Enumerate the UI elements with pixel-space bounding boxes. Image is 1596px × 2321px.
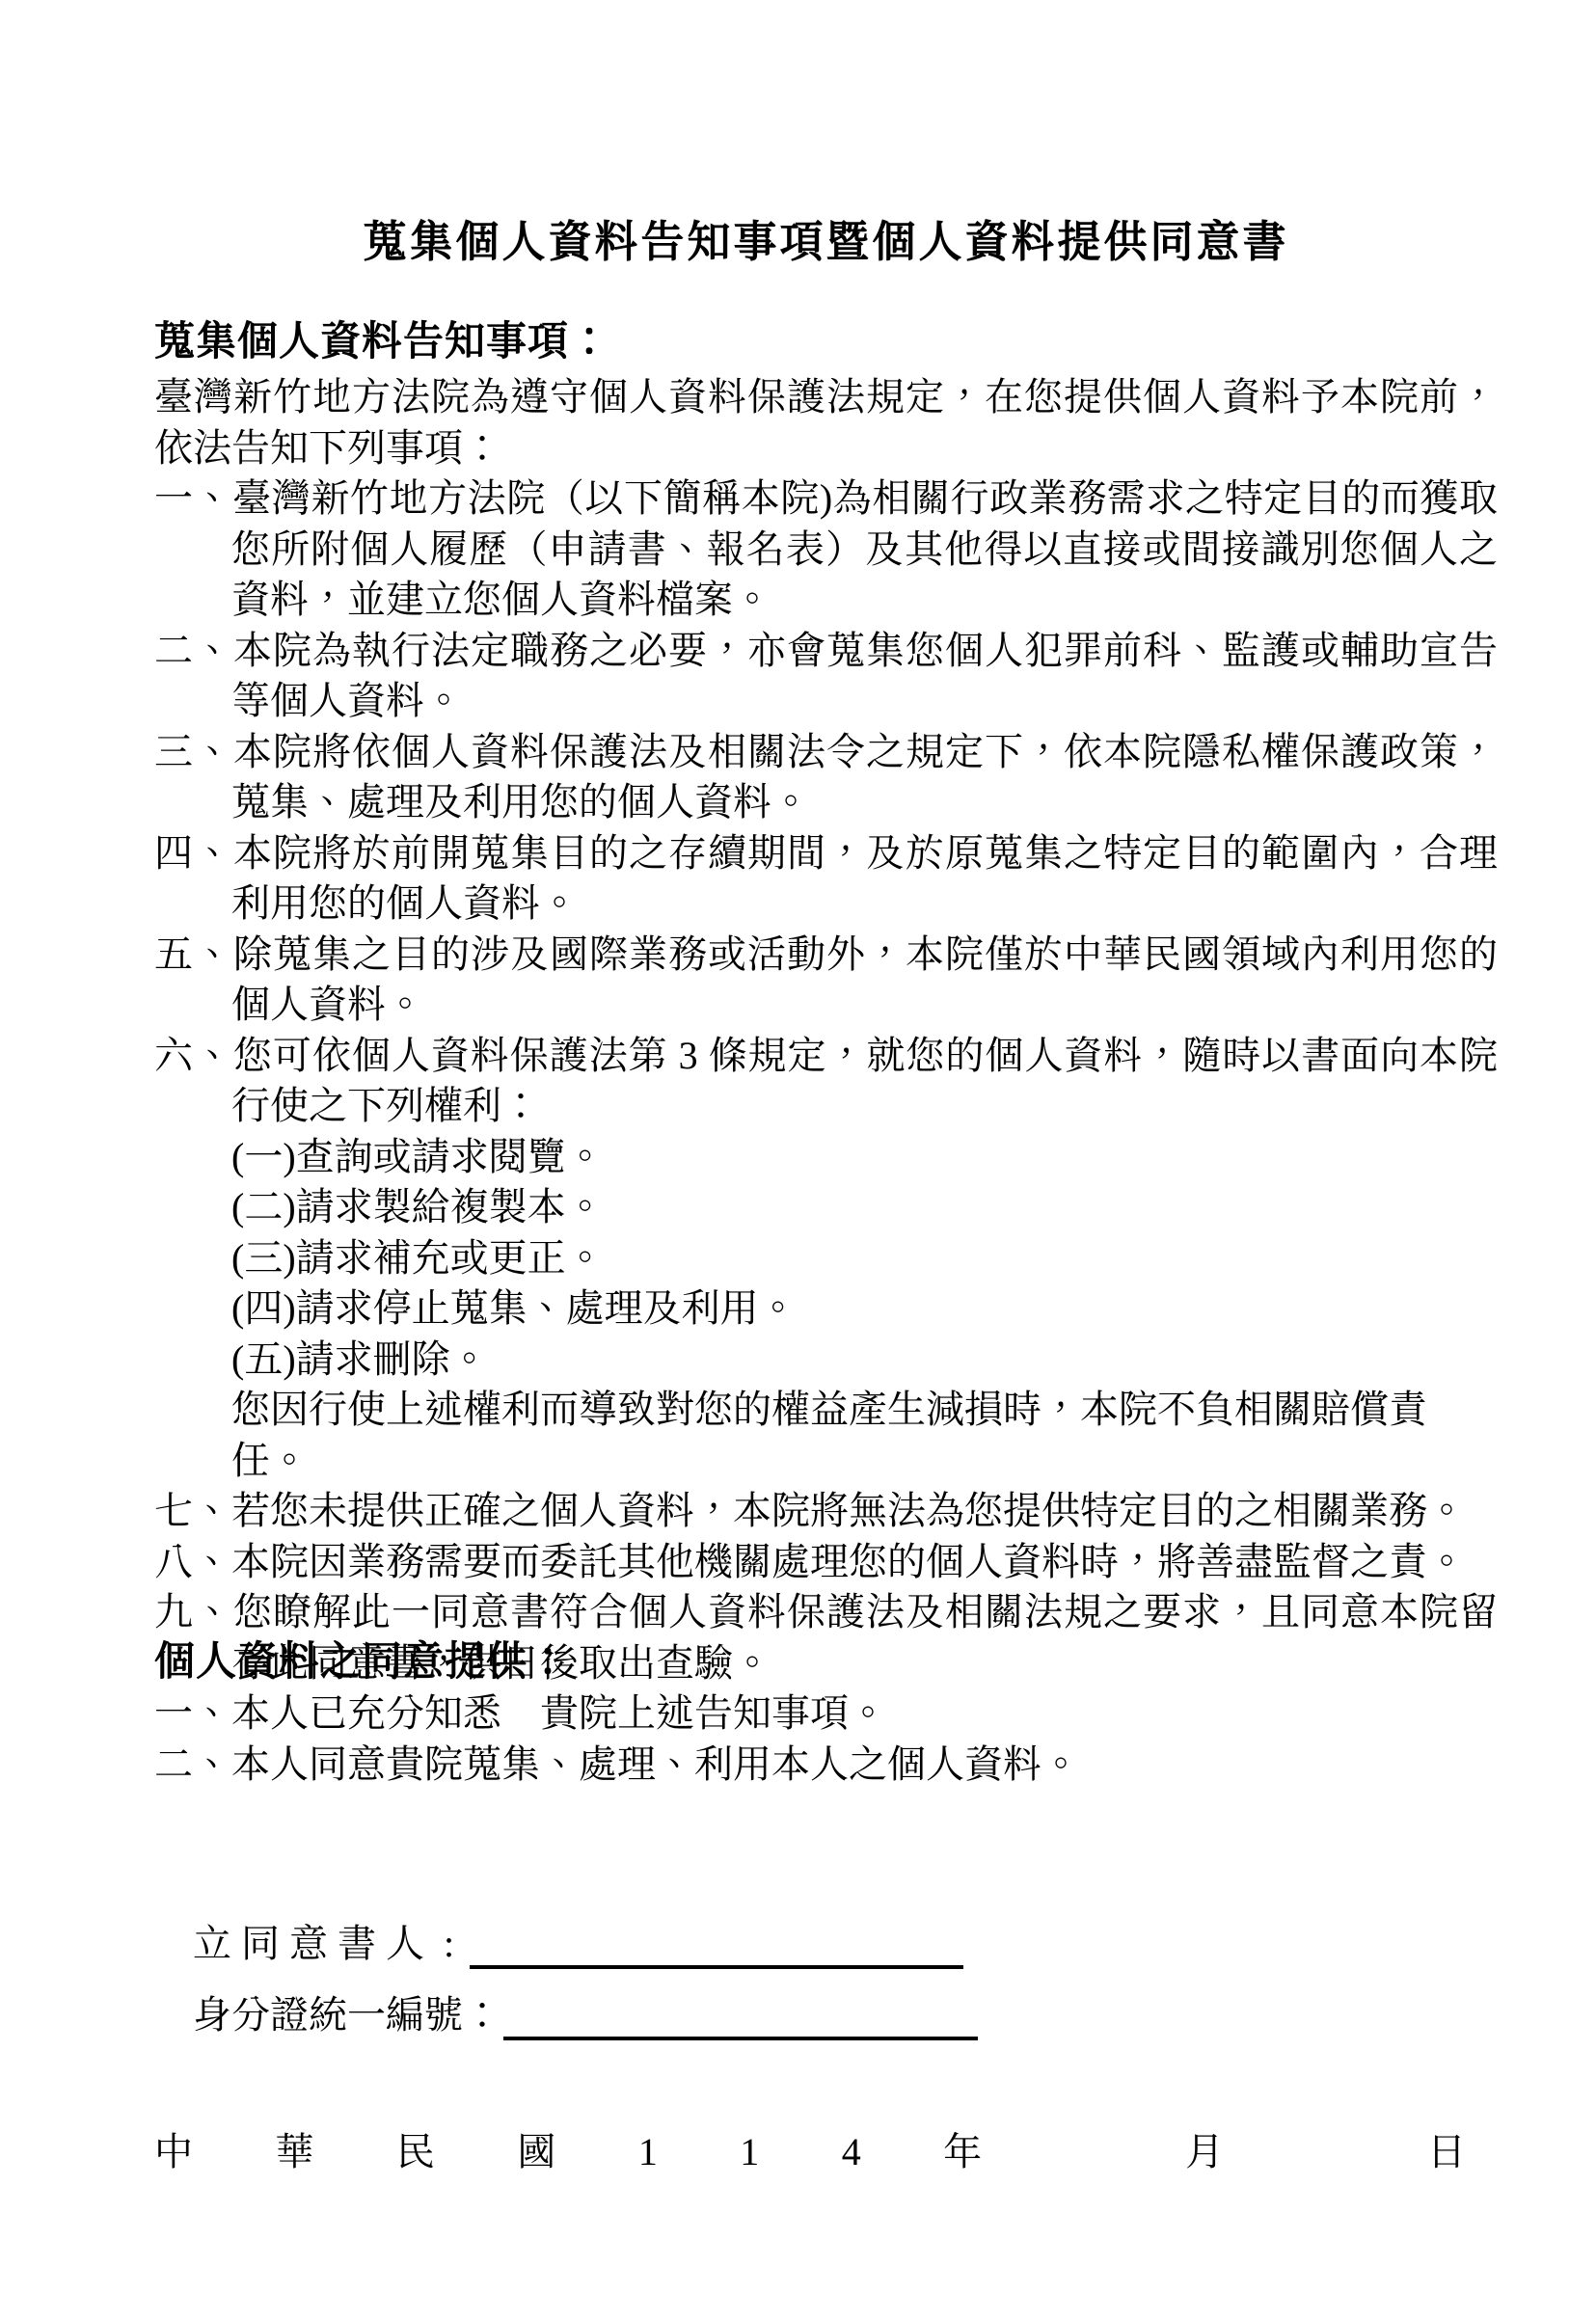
item-number: 二、 [154, 629, 233, 672]
date-token: 中 [154, 2127, 193, 2178]
item-number: 一、 [154, 476, 232, 520]
date-token: 華 [275, 2127, 313, 2178]
sub-item: (一)查詢或請求閱覽。 [231, 1132, 1498, 1183]
list-item: 三、本院將依個人資料保護法及相關法令之規定下，依本院隱私權保護政策，蒐集、處理及… [154, 727, 1498, 828]
list-item: 一、臺灣新竹地方法院（以下簡稱本院)為相關行政業務需求之特定目的而獲取您所附個人… [154, 473, 1498, 626]
sub-item: (三)請求補充或更正。 [231, 1233, 1498, 1284]
item-text: 本院將依個人資料保護法及相關法令之規定下，依本院隱私權保護政策，蒐集、處理及利用… [231, 730, 1498, 824]
date-token: 月 [1185, 2127, 1224, 2178]
date-token: 民 [396, 2127, 435, 2178]
section2-heading: 個人資料之同意提供： [154, 1637, 569, 1688]
item-text: 本人已充分知悉 貴院上述告知事項。 [231, 1691, 887, 1735]
list-item: 二、本人同意貴院蒐集、處理、利用本人之個人資料。 [154, 1740, 1498, 1791]
date-token: 4 [842, 2127, 861, 2178]
sub-item: (五)請求刪除。 [231, 1335, 1498, 1386]
item-text: 若您未提供正確之個人資料，本院將無法為您提供特定目的之相關業務。 [231, 1489, 1466, 1532]
item-number: 六、 [154, 1034, 233, 1077]
item-number: 四、 [154, 831, 233, 875]
item-text: 臺灣新竹地方法院（以下簡稱本院)為相關行政業務需求之特定目的而獲取您所附個人履歷… [231, 476, 1498, 621]
item-number: 五、 [154, 932, 233, 976]
item-number: 一、 [154, 1691, 231, 1735]
id-number-blank-line [503, 1992, 978, 2040]
document-page: 蒐集個人資料告知事項暨個人資料提供同意書 蒐集個人資料告知事項： 臺灣新竹地方法… [0, 0, 1596, 2321]
section2-items: 一、本人已充分知悉 貴院上述告知事項。二、本人同意貴院蒐集、處理、利用本人之個人… [154, 1688, 1498, 1790]
date-token: 1 [740, 2127, 759, 2178]
item-text: 本人同意貴院蒐集、處理、利用本人之個人資料。 [231, 1742, 1080, 1786]
sub-item: (二)請求製給複製本。 [231, 1182, 1498, 1233]
list-item: 四、本院將於前開蒐集目的之存續期間，及於原蒐集之特定目的範圍內，合理利用您的個人… [154, 828, 1498, 930]
item-text: 本院將於前開蒐集目的之存續期間，及於原蒐集之特定目的範圍內，合理利用您的個人資料… [231, 831, 1498, 926]
date-token: 國 [517, 2127, 555, 2178]
date-token: 年 [943, 2127, 982, 2178]
roc-date-line: 中華民國114年月日 [154, 2127, 1466, 2178]
date-token: 日 [1427, 2127, 1466, 2178]
item-number: 二、 [154, 1742, 231, 1786]
item-text: 本院因業務需要而委託其他機關處理您的個人資料時，將善盡監督之責。 [231, 1540, 1466, 1583]
id-number-label: 身分證統一編號： [193, 1993, 501, 2037]
list-item: 五、除蒐集之目的涉及國際業務或活動外，本院僅於中華民國領域內利用您的個人資料。 [154, 930, 1498, 1031]
item-text: 您可依個人資料保護法第 3 條規定，就您的個人資料，隨時以書面向本院行使之下列權… [231, 1034, 1498, 1128]
section1-items: 一、臺灣新竹地方法院（以下簡稱本院)為相關行政業務需求之特定目的而獲取您所附個人… [154, 473, 1498, 1688]
section1-heading: 蒐集個人資料告知事項： [154, 315, 610, 370]
date-token: 1 [638, 2127, 658, 2178]
list-item: 一、本人已充分知悉 貴院上述告知事項。 [154, 1688, 1498, 1740]
list-item: 六、您可依個人資料保護法第 3 條規定，就您的個人資料，隨時以書面向本院行使之下… [154, 1031, 1498, 1487]
document-title: 蒐集個人資料告知事項暨個人資料提供同意書 [154, 212, 1498, 272]
sub-item: (四)請求停止蒐集、處理及利用。 [231, 1283, 1498, 1335]
item-number: 八、 [154, 1540, 231, 1583]
list-item: 二、本院為執行法定職務之必要，亦會蒐集您個人犯罪前科、監護或輔助宣告等個人資料。 [154, 626, 1498, 727]
item-text: 本院為執行法定職務之必要，亦會蒐集您個人犯罪前科、監護或輔助宣告等個人資料。 [231, 629, 1498, 723]
item-text: 除蒐集之目的涉及國際業務或活動外，本院僅於中華民國領域內利用您的個人資料。 [231, 932, 1498, 1027]
item-note: 您因行使上述權利而導致對您的權益產生減損時，本院不負相關賠償責任。 [231, 1385, 1498, 1486]
id-number-row: 身分證統一編號： [154, 1939, 978, 2092]
item-number: 九、 [154, 1590, 233, 1633]
list-item: 七、若您未提供正確之個人資料，本院將無法為您提供特定目的之相關業務。 [154, 1486, 1498, 1537]
section1-intro: 臺灣新竹地方法院為遵守個人資料保護法規定，在您提供個人資料予本院前，依法告知下列… [154, 372, 1498, 473]
item-number: 七、 [154, 1489, 231, 1532]
list-item: 八、本院因業務需要而委託其他機關處理您的個人資料時，將善盡監督之責。 [154, 1537, 1498, 1588]
item-number: 三、 [154, 730, 233, 773]
